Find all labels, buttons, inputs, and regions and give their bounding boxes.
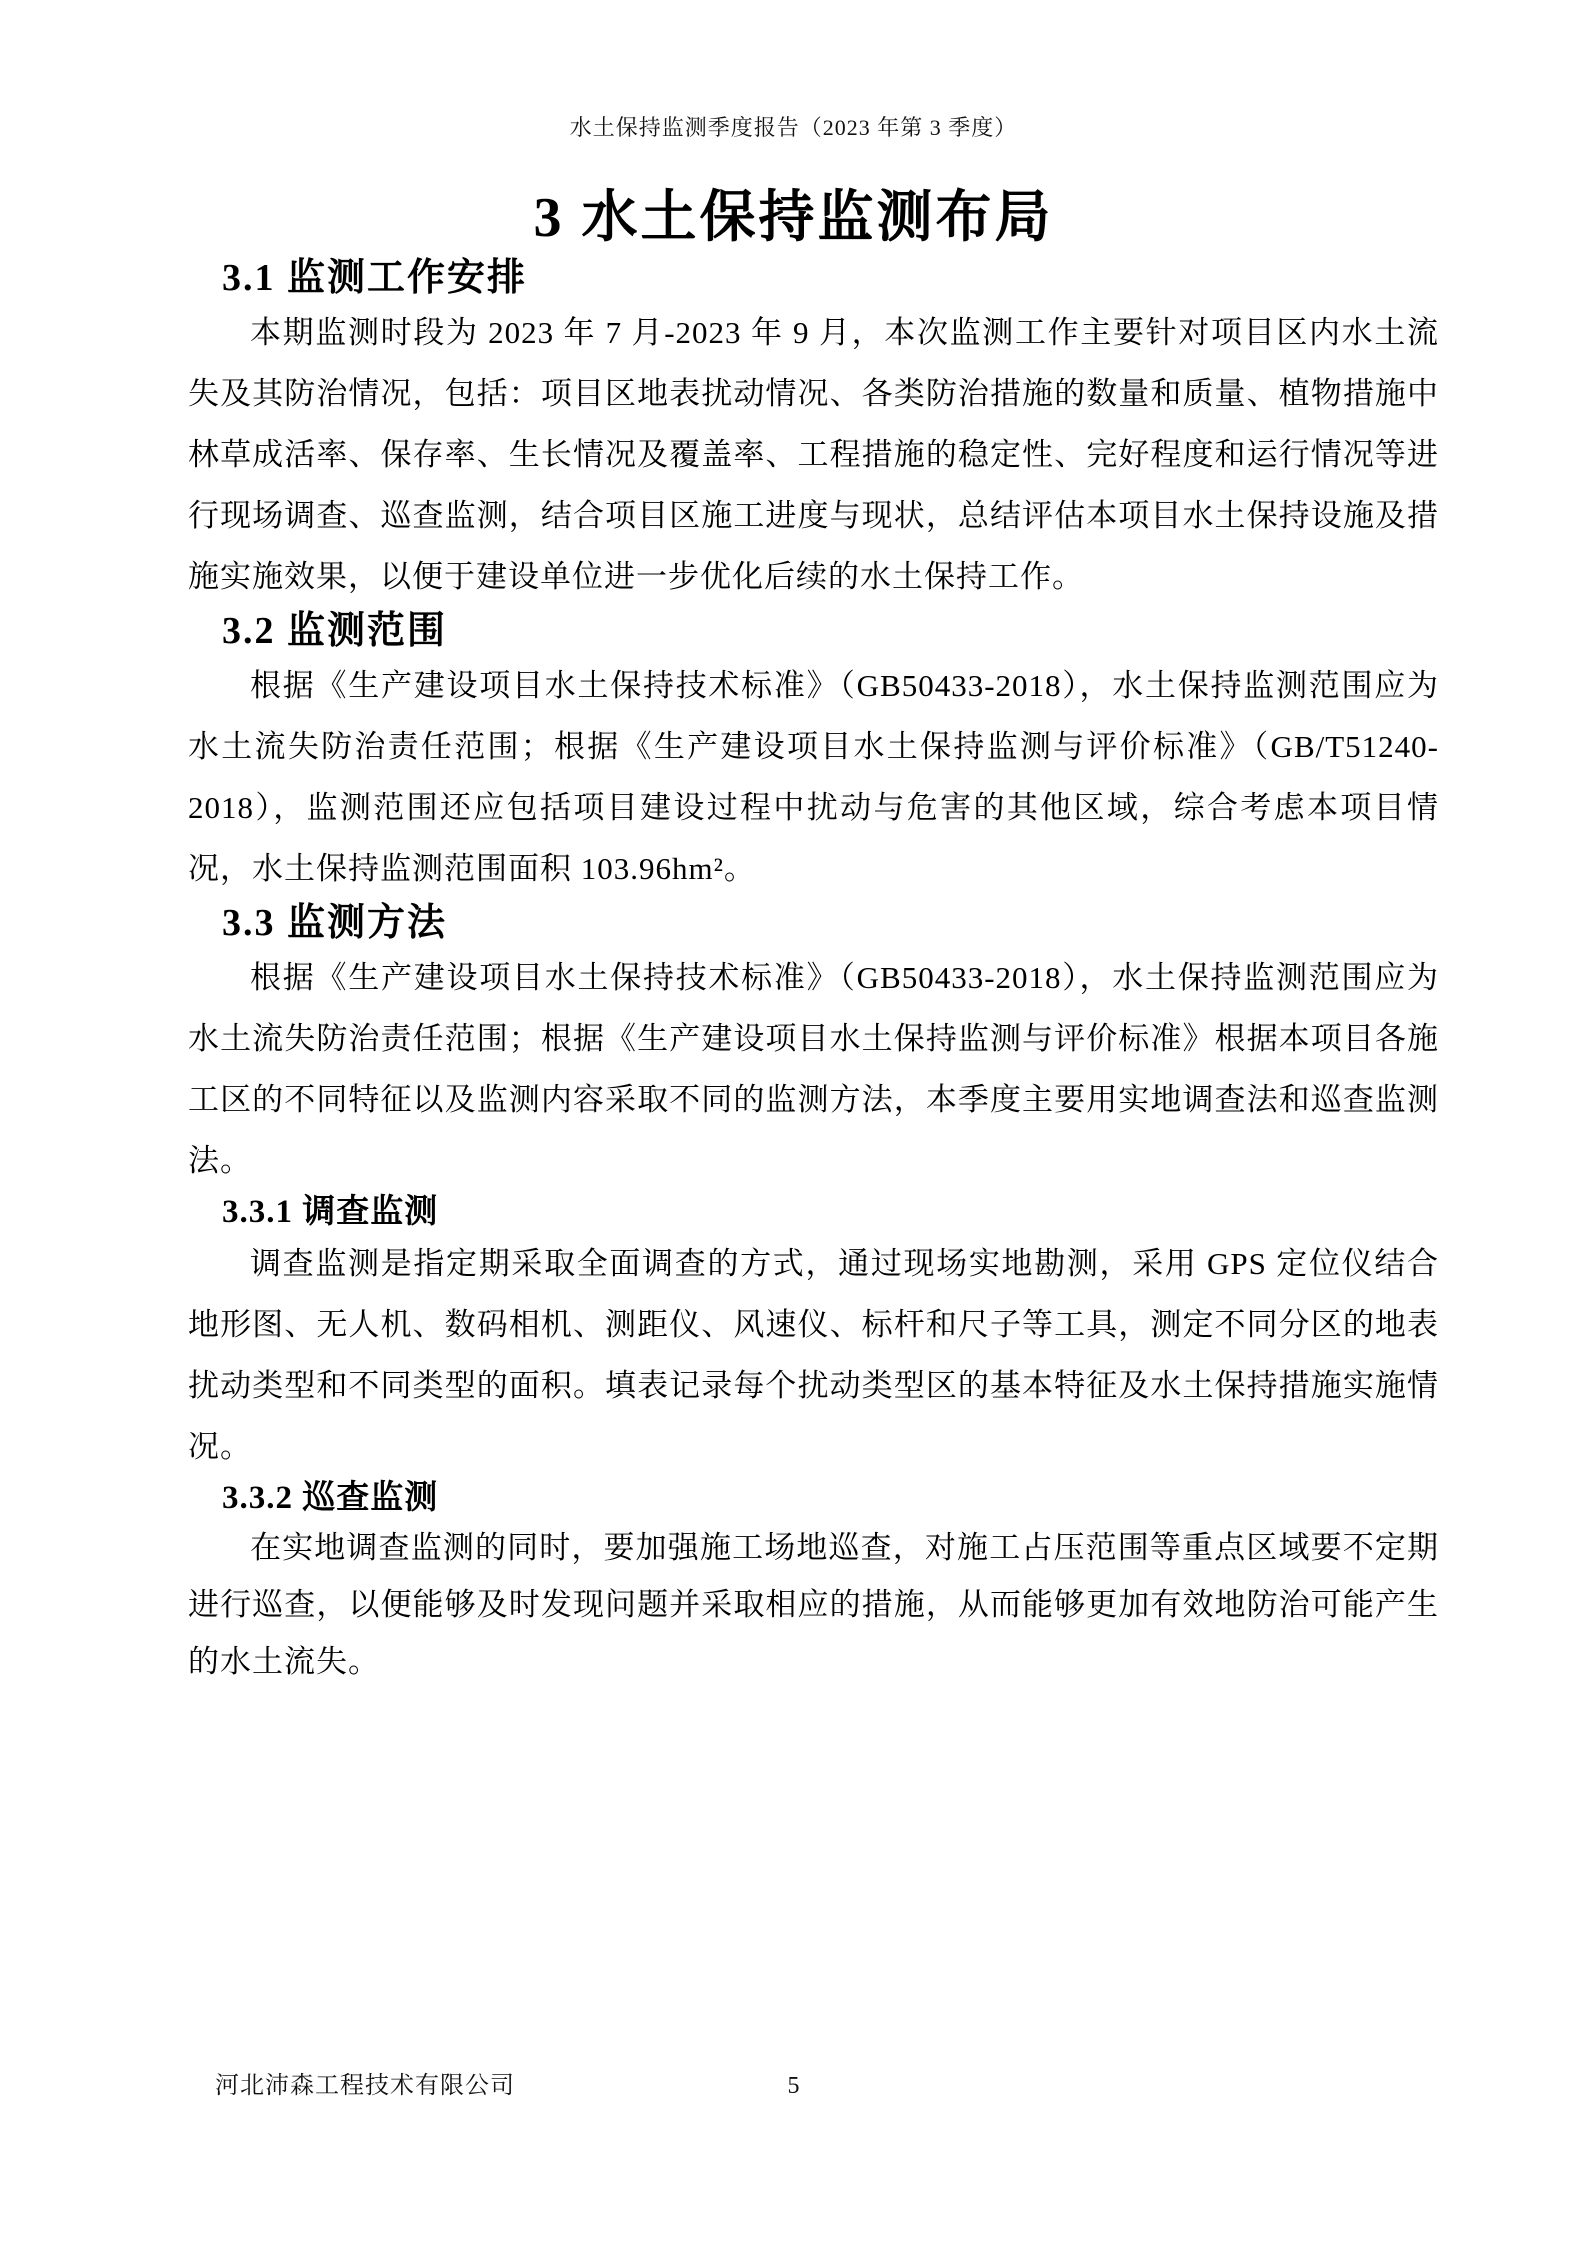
document-content: 3.1 监测工作安排 本期监测时段为 2023 年 7 月-2023 年 9 月…	[188, 254, 1439, 1690]
footer-company: 河北沛森工程技术有限公司	[215, 2068, 515, 2104]
section-paragraph-3-3-2: 在实地调查监测的同时，要加强施工场地巡查，对施工占压范围等重点区域要不定期进行巡…	[188, 1519, 1439, 1690]
section-paragraph-3-1: 本期监测时段为 2023 年 7 月-2023 年 9 月，本次监测工作主要针对…	[188, 302, 1439, 607]
footer-page-number: 5	[788, 2068, 800, 2104]
section-heading-3-3-2: 3.3.2 巡查监测	[188, 1477, 1439, 1519]
section-heading-3-3: 3.3 监测方法	[188, 899, 1439, 947]
section-heading-3-1: 3.1 监测工作安排	[188, 254, 1439, 302]
page-footer: 河北沛森工程技术有限公司 5	[0, 2068, 1587, 2104]
chapter-title: 3 水土保持监测布局	[0, 182, 1587, 254]
section-paragraph-3-3-1: 调查监测是指定期采取全面调查的方式，通过现场实地勘测，采用 GPS 定位仪结合地…	[188, 1233, 1439, 1477]
section-heading-3-3-1: 3.3.1 调查监测	[188, 1191, 1439, 1233]
header-title: 水土保持监测季度报告（2023 年第 3 季度）	[570, 115, 1018, 140]
section-paragraph-3-2: 根据《生产建设项目水土保持技术标准》（GB50433-2018），水土保持监测范…	[188, 655, 1439, 899]
document-page: 水土保持监测季度报告（2023 年第 3 季度） 3 水土保持监测布局 3.1 …	[0, 0, 1587, 2245]
section-paragraph-3-3: 根据《生产建设项目水土保持技术标准》（GB50433-2018），水土保持监测范…	[188, 947, 1439, 1191]
page-header: 水土保持监测季度报告（2023 年第 3 季度）	[0, 112, 1587, 144]
section-heading-3-2: 3.2 监测范围	[188, 607, 1439, 655]
